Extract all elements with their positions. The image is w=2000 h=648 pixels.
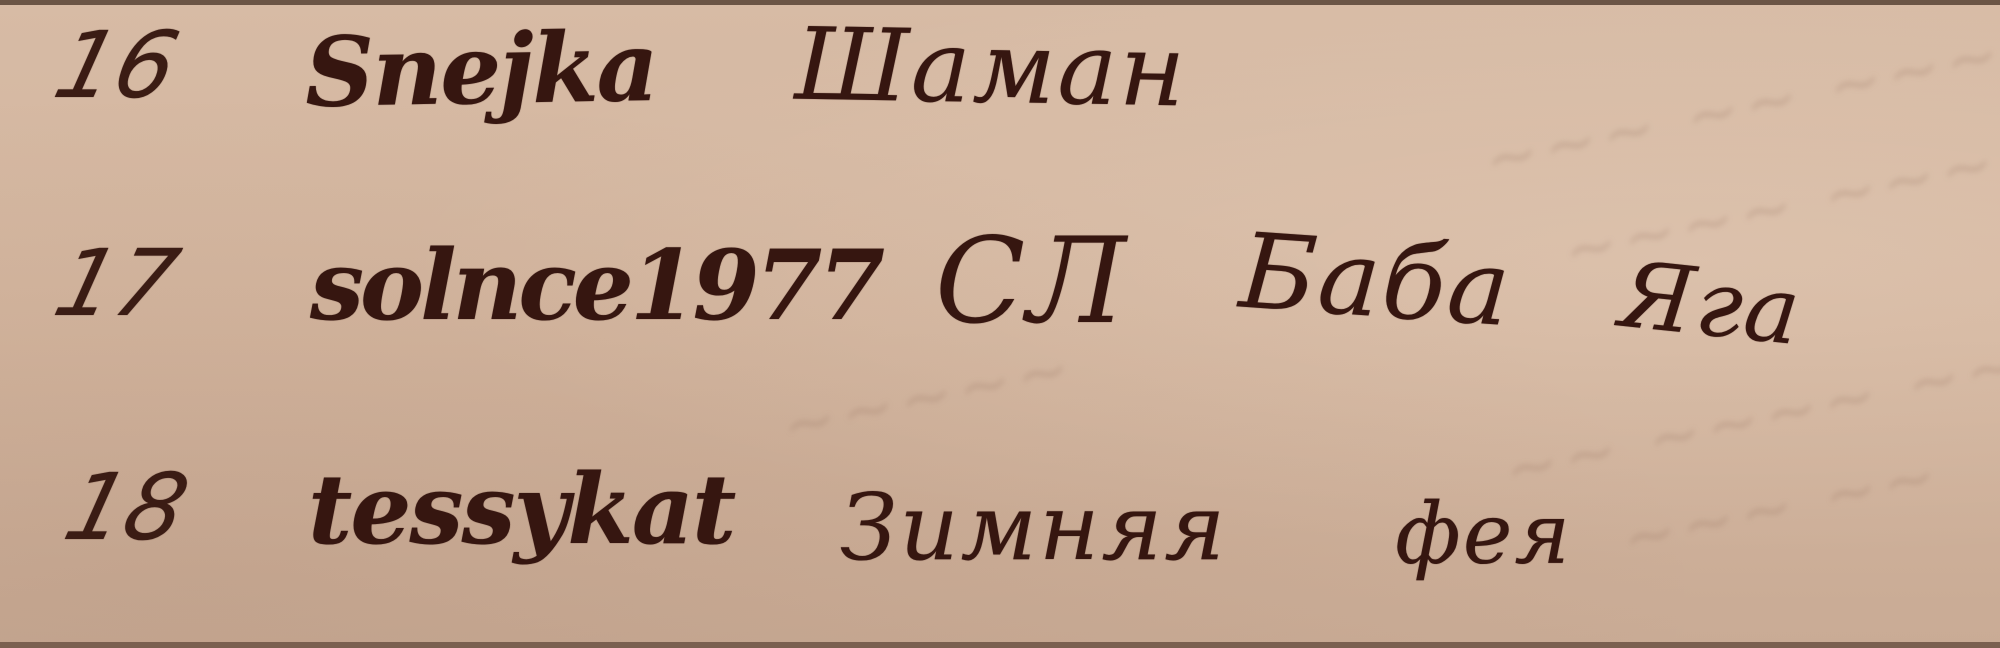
entry-username: tessykat [308, 462, 734, 558]
entry-name-word: СЛ [935, 222, 1128, 340]
entry-name-word: фея [1395, 492, 1572, 576]
entry-number: 16 [47, 20, 187, 112]
photo-top-edge [0, 0, 2000, 5]
entry-name-word: Шаман [794, 15, 1188, 122]
entry-username: Snejka [304, 19, 657, 121]
photo-bottom-edge [0, 642, 2000, 648]
entry-name-word: Зимняя [840, 482, 1227, 574]
entry-name-word: Баба [1237, 219, 1516, 342]
entry-number: 18 [57, 462, 197, 554]
entry-name-word: Яга [1616, 249, 1806, 359]
entry-username: solnce1977 [310, 238, 881, 334]
entry-number: 17 [47, 238, 187, 330]
notebook-page-photo: ~~~ ~~ ~~~ ~~~~ ~~~ ~~ ~~~~ ~~ ~~~ ~~ ~~… [0, 0, 2000, 648]
